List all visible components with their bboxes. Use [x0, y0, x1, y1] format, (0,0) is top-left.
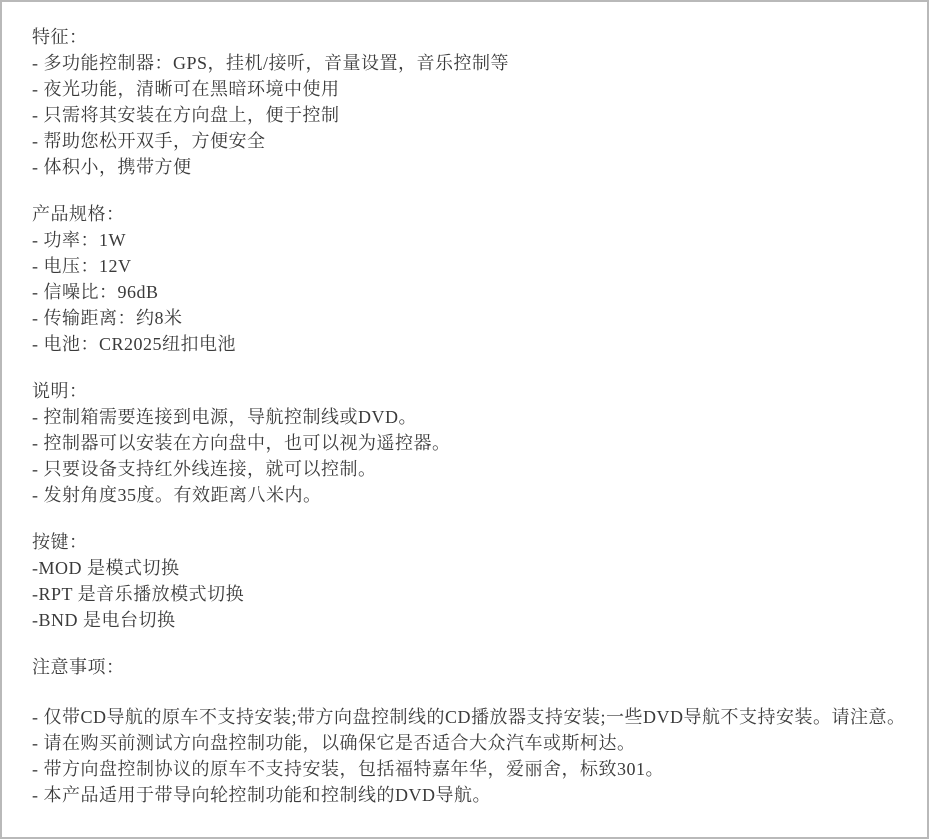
section-notes: 注意事项： - 仅带CD导航的原车不支持安装;带方向盘控制线的CD播放器支持安装… [32, 654, 909, 808]
instruction-line: - 发射角度35度。有效距离八米内。 [32, 482, 909, 508]
section-heading-instructions: 说明： [32, 378, 909, 404]
section-features: 特征： - 多功能控制器：GPS，挂机/接听，音量设置，音乐控制等 - 夜光功能… [32, 24, 909, 180]
section-heading-features: 特征： [32, 24, 909, 50]
section-lines-buttons: -MOD 是模式切换 -RPT 是音乐播放模式切换 -BND 是电台切换 [32, 555, 909, 633]
spec-line: - 传输距离：约8米 [32, 305, 909, 331]
section-heading-buttons: 按键： [32, 529, 909, 555]
instruction-line: - 控制箱需要连接到电源，导航控制线或DVD。 [32, 404, 909, 430]
section-heading-specs: 产品规格： [32, 201, 909, 227]
section-lines-instructions: - 控制箱需要连接到电源，导航控制线或DVD。 - 控制器可以安装在方向盘中，也… [32, 404, 909, 508]
feature-line: - 帮助您松开双手，方便安全 [32, 128, 909, 154]
instruction-line: - 控制器可以安装在方向盘中，也可以视为遥控器。 [32, 430, 909, 456]
section-lines-specs: - 功率：1W - 电压：12V - 信噪比：96dB - 传输距离：约8米 -… [32, 227, 909, 357]
spec-line: - 信噪比：96dB [32, 279, 909, 305]
feature-line: - 体积小，携带方便 [32, 154, 909, 180]
spec-line: - 电池：CR2025纽扣电池 [32, 331, 909, 357]
product-description-page: 特征： - 多功能控制器：GPS，挂机/接听，音量设置，音乐控制等 - 夜光功能… [0, 0, 929, 839]
feature-line: - 多功能控制器：GPS，挂机/接听，音量设置，音乐控制等 [32, 50, 909, 76]
section-lines-features: - 多功能控制器：GPS，挂机/接听，音量设置，音乐控制等 - 夜光功能，清晰可… [32, 50, 909, 180]
note-line: - 本产品适用于带导向轮控制功能和控制线的DVD导航。 [32, 782, 909, 808]
feature-line: - 只需将其安装在方向盘上，便于控制 [32, 102, 909, 128]
button-desc-line: -MOD 是模式切换 [32, 555, 909, 581]
spec-line: - 电压：12V [32, 253, 909, 279]
section-buttons: 按键： -MOD 是模式切换 -RPT 是音乐播放模式切换 -BND 是电台切换 [32, 529, 909, 633]
section-specs: 产品规格： - 功率：1W - 电压：12V - 信噪比：96dB - 传输距离… [32, 201, 909, 357]
section-instructions: 说明： - 控制箱需要连接到电源，导航控制线或DVD。 - 控制器可以安装在方向… [32, 378, 909, 508]
section-lines-notes: - 仅带CD导航的原车不支持安装;带方向盘控制线的CD播放器支持安装;一些DVD… [32, 704, 909, 808]
section-heading-notes: 注意事项： [32, 654, 909, 680]
button-desc-line: -RPT 是音乐播放模式切换 [32, 581, 909, 607]
note-line: - 仅带CD导航的原车不支持安装;带方向盘控制线的CD播放器支持安装;一些DVD… [32, 704, 909, 730]
note-line: - 带方向盘控制协议的原车不支持安装，包括福特嘉年华，爱丽舍，标致301。 [32, 756, 909, 782]
spec-line: - 功率：1W [32, 227, 909, 253]
feature-line: - 夜光功能，清晰可在黑暗环境中使用 [32, 76, 909, 102]
button-desc-line: -BND 是电台切换 [32, 607, 909, 633]
note-line: - 请在购买前测试方向盘控制功能，以确保它是否适合大众汽车或斯柯达。 [32, 730, 909, 756]
instruction-line: - 只要设备支持红外线连接，就可以控制。 [32, 456, 909, 482]
